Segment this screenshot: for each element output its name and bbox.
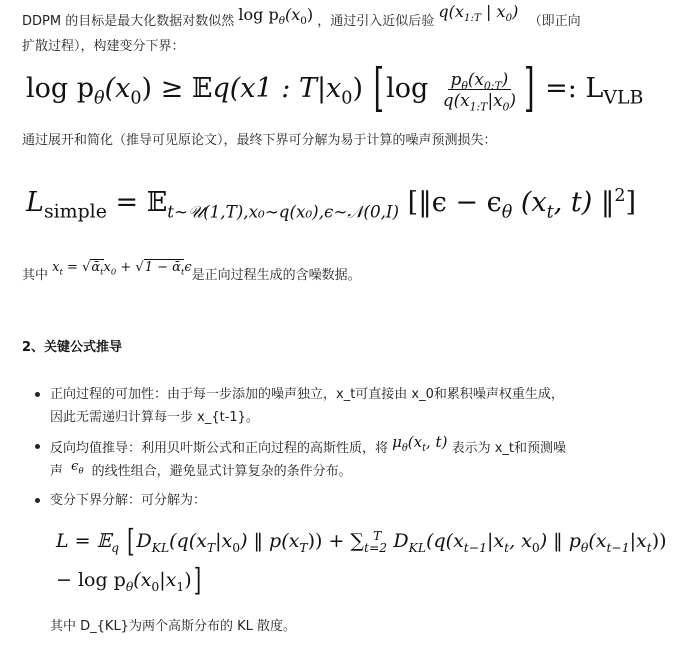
section-heading: 2、关键公式推导 [22,336,122,355]
paragraph-2: 通过展开和简化（推导可见原论文），最终下界可分解为易于计算的噪声预测损失： [22,131,497,151]
kl-note: 其中 D_{KL}为两个高斯分布的 KL 散度。 [50,617,296,637]
inline-math-eps-theta: ϵθ [71,459,83,474]
vlb-fraction: pθ(x0:T) q(x1:T|x0) [440,70,519,110]
intro-text-prefix: DDPM 的目标是最大化数据对数似然 [22,14,234,29]
bullet-dot [35,444,40,449]
formula-l-decomposition-line-2: − log pθ(x0|x1)] [56,563,203,598]
intro-text-mid: ，通过引入近似后验 [317,14,434,29]
paragraph-3: 其中 xt = √ᾱtx0 + √1 − ᾱtϵ是正向过程生成的含噪数据。 [22,266,361,286]
bullet-dot [35,392,40,397]
bullet-2-line-1: 反向均值推导：利用贝叶斯公式和正向过程的高斯性质，将 μθ(xt, t) 表示为… [50,437,566,459]
inline-math-mu: μθ(xt, t) [392,433,447,451]
inline-math-log-likelihood: log pθ(x0) [238,5,313,24]
bullet-1-line-1: 正向过程的可加性：由于每一步添加的噪声独立，x_t可直接由 x_0和累积噪声权重… [50,385,564,405]
bullet-3-line-1: 变分下界分解：可分解为： [50,491,206,511]
intro-line-1: DDPM 的目标是最大化数据对数似然 log pθ(x0) ，通过引入近似后验 … [22,10,581,32]
intro-line-2: 扩散过程），构建变分下界： [22,37,185,57]
formula-l-decomposition-line-1: L = 𝔼q [DKL(q(xT|x0) ‖ p(xT)) + ∑t=2T DK… [56,524,667,559]
bullet-dot [35,498,40,503]
inline-math-posterior: q(x1:T | x0) [438,2,518,21]
inline-math-xt: xt = √ᾱtx0 + √1 − ᾱtϵ [52,260,191,275]
formula-l-simple: Lsimple = 𝔼t∼𝒰(1,T),x₀∼q(x₀),ϵ∼𝒩(0,I) [‖… [26,178,636,228]
bullet-1-line-2: 因此无需递归计算每一步 x_{t-1}。 [50,408,259,428]
formula-vlb: log pθ(x0) ≥ 𝔼q(x1 : T|x0) [log pθ(x0:T)… [26,64,643,115]
bullet-2-line-2: 声 ϵθ 的线性组合，避免显式计算复杂的条件分布。 [50,462,352,482]
intro-text-suffix: （即正向 [529,14,581,29]
